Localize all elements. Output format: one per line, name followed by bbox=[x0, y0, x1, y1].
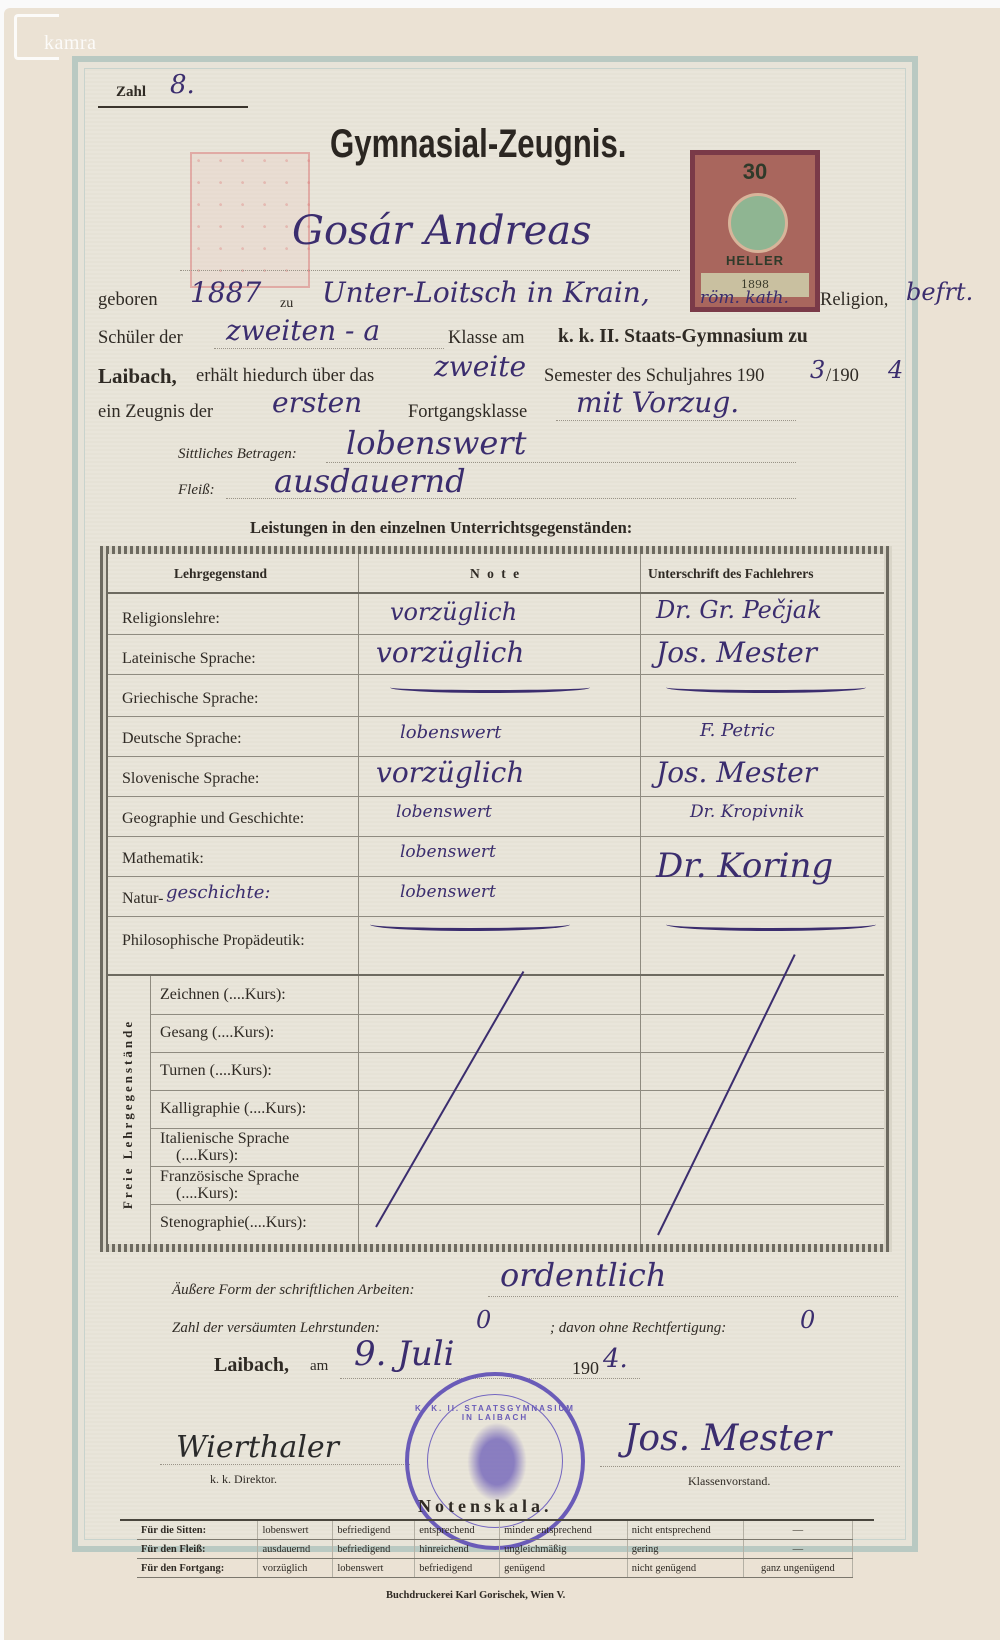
scale-cell: ausdauernd bbox=[258, 1540, 333, 1559]
unexcused-label: ; davon ohne Rechtfertigung: bbox=[550, 1320, 726, 1337]
teacher-signature: Dr. Koring bbox=[656, 846, 833, 886]
scale-cell: lobenswert bbox=[333, 1559, 415, 1578]
form-value: ordentlich bbox=[500, 1256, 666, 1294]
city-name: Laibach, bbox=[98, 364, 177, 389]
grade-dash: — bbox=[390, 682, 590, 693]
column-header-subject: Lehrgegenstand bbox=[174, 566, 267, 582]
grades-heading: Leistungen in den einzelnen Unterrichtsg… bbox=[250, 518, 632, 538]
scale-cell: — bbox=[743, 1521, 852, 1540]
subject-name: Deutsche Sprache: bbox=[122, 730, 242, 748]
religion-value: röm. kath. bbox=[700, 288, 789, 308]
zahl-label: Zahl bbox=[116, 84, 146, 101]
born-year: 1887 bbox=[190, 276, 261, 309]
grade-value: lobenswert bbox=[400, 722, 502, 743]
scale-cell: hinreichend bbox=[415, 1540, 500, 1559]
class-teacher-dotted-line bbox=[600, 1466, 900, 1467]
distinction-dotted-line bbox=[556, 420, 796, 421]
optional-subjects-label: Freie Lehrgegenstände bbox=[120, 1014, 136, 1214]
scale-row-label: Für den Fleiß: bbox=[137, 1540, 258, 1559]
scale-cell: vorzüglich bbox=[258, 1559, 333, 1578]
director-dotted-line bbox=[160, 1464, 410, 1465]
student-name: Gosár Andreas bbox=[292, 208, 592, 254]
optional-subject: Italienische Sprache bbox=[160, 1130, 289, 1148]
zahl-value: 8. bbox=[170, 70, 195, 100]
teacher-dash: — bbox=[666, 682, 866, 693]
subject-handwritten: geschichte: bbox=[166, 882, 270, 903]
subject-name: Mathematik: bbox=[122, 850, 204, 868]
director-label: k. k. Direktor. bbox=[210, 1472, 277, 1487]
teacher-signature: Jos. Mester bbox=[656, 636, 817, 669]
stamp-unit: HELLER bbox=[695, 253, 815, 268]
grades-table: Lehrgegenstand N o t e Unterschrift des … bbox=[100, 546, 892, 1252]
grade-dash: — bbox=[370, 918, 570, 931]
subject-prefix: Natur- bbox=[122, 890, 163, 908]
grade-value: vorzüglich bbox=[376, 756, 524, 789]
subject-name: Philosophische Propädeutik: bbox=[122, 932, 305, 950]
religion-note: befrt. bbox=[906, 278, 973, 306]
name-dotted-line bbox=[180, 270, 680, 271]
stamp-value: 30 bbox=[695, 159, 815, 185]
pupil-label: Schüler der bbox=[98, 328, 183, 349]
teacher-signature: Dr. Gr. Pečjak bbox=[656, 596, 822, 624]
scale-row-label: Für die Sitten: bbox=[137, 1521, 258, 1540]
year-mid: /190 bbox=[826, 366, 859, 387]
subject-name: Griechische Sprache: bbox=[122, 690, 258, 708]
watermark-text: kamra bbox=[44, 32, 96, 55]
optional-subject: Stenographie(....Kurs): bbox=[160, 1214, 307, 1232]
year-end-digit: 4 bbox=[888, 356, 903, 384]
year-digit: 4. bbox=[603, 1344, 628, 1374]
class-dotted-line bbox=[214, 348, 444, 349]
director-signature: Wierthaler bbox=[176, 1430, 339, 1465]
grade-value: lobenswert bbox=[400, 882, 496, 902]
grade-value: vorzüglich bbox=[390, 598, 517, 626]
emperor-portrait-icon bbox=[728, 193, 788, 253]
grade-value: lobenswert bbox=[396, 802, 492, 822]
scale-cell: befriedigend bbox=[333, 1521, 415, 1540]
behavior-label: Sittliches Betragen: bbox=[178, 446, 297, 463]
column-header-grade: N o t e bbox=[470, 566, 521, 582]
receives-label: erhält hiedurch über das bbox=[196, 366, 374, 387]
born-label: geboren bbox=[98, 290, 158, 311]
missed-label: Zahl der versäumten Lehrstunden: bbox=[172, 1320, 380, 1337]
scale-cell: nicht entsprechend bbox=[627, 1521, 743, 1540]
subject-name: Lateinische Sprache: bbox=[122, 650, 256, 668]
printer-credit: Buchdruckerei Karl Gorischek, Wien V. bbox=[386, 1590, 565, 1601]
grade-value: lobenswert bbox=[400, 842, 496, 862]
class-rank-value: ersten bbox=[272, 386, 362, 419]
scale-cell: ganz ungenügend bbox=[743, 1559, 852, 1578]
date-value: 9. Juli bbox=[354, 1334, 455, 1374]
class-teacher-signature: Jos. Mester bbox=[624, 1418, 831, 1459]
optional-subject: Französische Sprache bbox=[160, 1168, 299, 1186]
distinction: mit Vorzug. bbox=[576, 386, 739, 419]
am-label: am bbox=[310, 1358, 328, 1375]
scale-row: Für die Sitten: lobenswert befriedigend … bbox=[137, 1521, 853, 1540]
class-teacher-label: Klassenvorstand. bbox=[688, 1474, 770, 1489]
scale-cell: entsprechend bbox=[415, 1521, 500, 1540]
form-dotted-line bbox=[488, 1296, 898, 1297]
missed-value: 0 bbox=[476, 1306, 491, 1334]
class-value: zweiten - a bbox=[226, 314, 380, 347]
scale-cell: lobenswert bbox=[258, 1521, 333, 1540]
optional-subject: Turnen (....Kurs): bbox=[160, 1062, 272, 1080]
scale-cell: gering bbox=[627, 1540, 743, 1559]
scale-cell: minder entsprechend bbox=[500, 1521, 628, 1540]
teacher-dash: — bbox=[666, 918, 876, 931]
grade-value: vorzüglich bbox=[376, 636, 524, 669]
scale-cell: — bbox=[743, 1540, 852, 1559]
birthplace: Unter-Loitsch in Krain, bbox=[322, 276, 650, 309]
optional-subject: Gesang (....Kurs): bbox=[160, 1024, 274, 1042]
optional-subject: Zeichnen (....Kurs): bbox=[160, 986, 286, 1004]
class-label: Klasse am bbox=[448, 328, 525, 349]
semester-label: Semester des Schuljahres 190 bbox=[544, 366, 764, 387]
subject-name: Religionslehre: bbox=[122, 610, 220, 628]
certificate-label: ein Zeugnis der bbox=[98, 402, 213, 423]
scale-cell: ungleichmäßig bbox=[500, 1540, 628, 1559]
document-title: Gymnasial-Zeugnis. bbox=[330, 122, 626, 167]
teacher-signature: F. Petric bbox=[700, 720, 775, 741]
scale-row: Für den Fortgang: vorzüglich lobenswert … bbox=[137, 1559, 853, 1578]
column-header-teacher: Unterschrift des Fachlehrers bbox=[648, 566, 813, 582]
seal-text: K. K. II. STAATSGYMNASIUM IN LAIBACH bbox=[409, 1404, 581, 1422]
double-eagle-icon bbox=[467, 1422, 527, 1502]
year-prefix: 190 bbox=[572, 1358, 599, 1379]
kamra-watermark: kamra bbox=[14, 12, 110, 56]
scale-cell: befriedigend bbox=[415, 1559, 500, 1578]
zahl-underline bbox=[98, 106, 248, 108]
year-start-digit: 3 bbox=[810, 356, 825, 384]
grading-scale-table: Für die Sitten: lobenswert befriedigend … bbox=[137, 1521, 853, 1578]
scale-cell: genügend bbox=[500, 1559, 628, 1578]
scale-row: Für den Fleiß: ausdauernd befriedigend h… bbox=[137, 1540, 853, 1559]
optional-subject: Kalligraphie (....Kurs): bbox=[160, 1100, 306, 1118]
grading-scale-title: Notenskala. bbox=[418, 1496, 553, 1517]
religion-label: Religion, bbox=[820, 290, 888, 311]
form-label: Äußere Form der schriftlichen Arbeiten: bbox=[172, 1282, 414, 1299]
subject-name: Slovenische Sprache: bbox=[122, 770, 259, 788]
scale-cell: nicht genügend bbox=[627, 1559, 743, 1578]
teacher-signature: Jos. Mester bbox=[656, 756, 817, 789]
scale-row-label: Für den Fortgang: bbox=[137, 1559, 258, 1578]
diligence-dotted-line bbox=[226, 498, 796, 499]
scale-cell: befriedigend bbox=[333, 1540, 415, 1559]
school-name: k. k. II. Staats-Gymnasium zu bbox=[558, 326, 808, 348]
diligence-value: ausdauernd bbox=[274, 462, 466, 500]
diligence-label: Fleiß: bbox=[178, 482, 215, 499]
unexcused-value: 0 bbox=[800, 1306, 815, 1334]
place-label: Laibach, bbox=[214, 1354, 289, 1377]
semester-value: zweite bbox=[434, 350, 526, 383]
optional-subject-kurs: (....Kurs): bbox=[176, 1185, 238, 1203]
rank-label: Fortgangsklasse bbox=[408, 402, 527, 423]
optional-subject-kurs: (....Kurs): bbox=[176, 1147, 238, 1165]
behavior-value: lobenswert bbox=[346, 424, 526, 462]
at-label: zu bbox=[280, 296, 293, 312]
subject-name: Geographie und Geschichte: bbox=[122, 810, 304, 828]
teacher-signature: Dr. Kropivnik bbox=[690, 802, 804, 822]
